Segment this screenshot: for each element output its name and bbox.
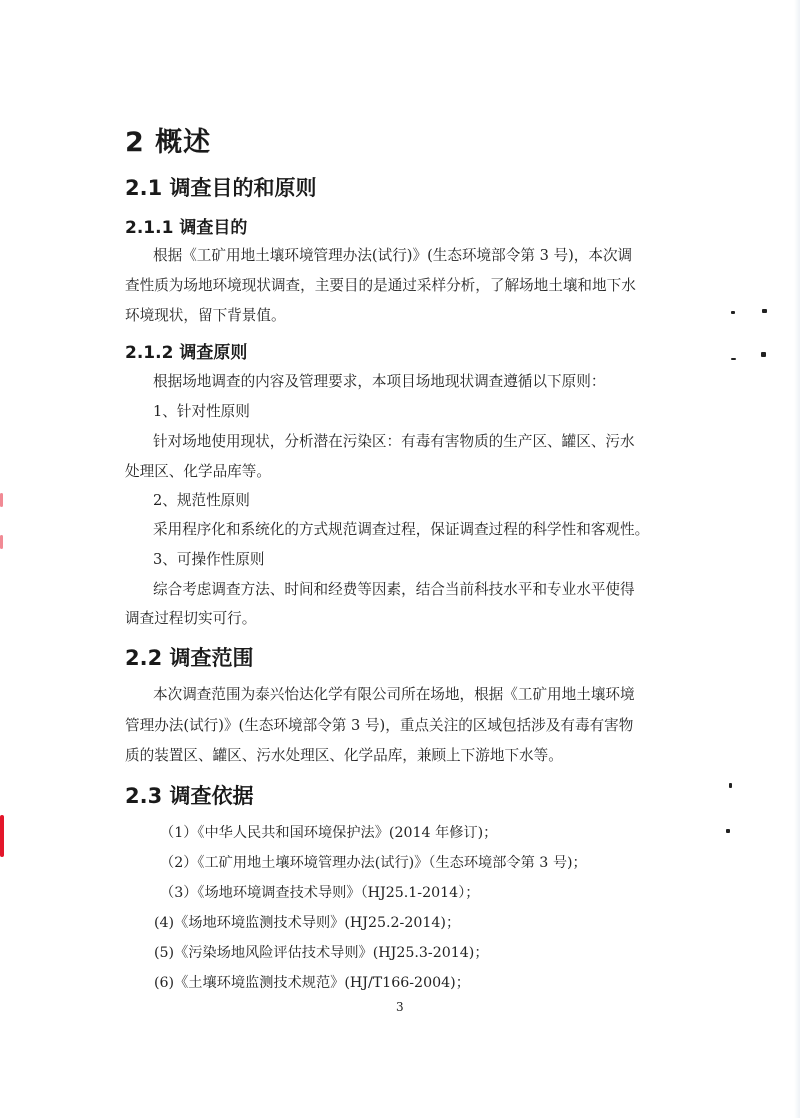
page-number: 3 [396, 1000, 404, 1014]
section-2-1-title: 2.1 调查目的和原则 [125, 172, 317, 202]
document-page: 2 概述 2.1 调查目的和原则 2.1.1 调查目的 根据《工矿用地土壤环境管… [0, 0, 800, 1118]
reference-item: (5)《污染场地风险评估技术导则》(HJ25.3-2014)； [154, 942, 489, 962]
chapter-title: 2 概述 [125, 120, 211, 159]
paragraph-line: 根据场地调查的内容及管理要求，本项目场地现状调查遵循以下原则： [153, 367, 605, 397]
section-2-1-1-title: 2.1.1 调查目的 [125, 213, 247, 238]
scan-speck [761, 352, 766, 357]
paragraph-line: 质的装置区、罐区、污水处理区、化学品库，兼顾上下游地下水等。 [125, 741, 563, 771]
reference-item: （3）《场地环境调查技术导则》（HJ25.1-2014）； [160, 882, 479, 902]
scan-speck [731, 311, 735, 314]
principle-heading: 1、针对性原则 [153, 397, 250, 427]
paragraph-line: 调查过程切实可行。 [125, 604, 256, 634]
scan-speck [762, 309, 767, 313]
principle-heading: 2、规范性原则 [153, 486, 250, 516]
paragraph-line: 根据《工矿用地土壤环境管理办法(试行)》(生态环境部令第 3 号)，本次调 [153, 241, 632, 271]
section-2-3-title: 2.3 调查依据 [125, 780, 254, 810]
binding-mark [0, 493, 3, 507]
binding-mark [0, 815, 4, 857]
paragraph-line: 查性质为场地环境现状调查，主要目的是通过采样分析，了解场地土壤和地下水 [125, 271, 636, 301]
section-2-1-2-title: 2.1.2 调查原则 [125, 338, 247, 363]
page-edge-shadow [794, 0, 800, 1118]
scan-speck [729, 783, 732, 788]
paragraph-line: 环境现状，留下背景值。 [125, 301, 286, 331]
paragraph-line: 综合考虑调查方法、时间和经费等因素，结合当前科技水平和专业水平使得 [153, 575, 635, 605]
paragraph-line: 管理办法(试行)》(生态环境部令第 3 号)，重点关注的区域包括涉及有毒有害物 [125, 711, 633, 741]
reference-item: （2）《工矿用地土壤环境管理办法(试行)》（生态环境部令第 3 号)； [160, 852, 587, 872]
scan-speck [726, 829, 730, 833]
reference-item: (6)《土壤环境监测技术规范》(HJ/T166-2004)； [154, 972, 470, 992]
principle-heading: 3、可操作性原则 [153, 545, 264, 575]
reference-item: （1）《中华人民共和国环境保护法》(2014 年修订)； [160, 822, 497, 842]
binding-mark [0, 535, 3, 549]
reference-item: (4)《场地环境监测技术导则》(HJ25.2-2014)； [154, 912, 460, 932]
paragraph-line: 采用程序化和系统化的方式规范调查过程，保证调查过程的科学性和客观性。 [153, 515, 649, 545]
paragraph-line: 针对场地使用现状，分析潜在污染区：有毒有害物质的生产区、罐区、污水 [153, 427, 635, 457]
section-2-2-title: 2.2 调查范围 [125, 642, 254, 672]
scan-speck [731, 358, 736, 360]
paragraph-line: 处理区、化学品库等。 [125, 457, 271, 487]
paragraph-line: 本次调查范围为泰兴怡达化学有限公司所在场地，根据《工矿用地土壤环境 [153, 680, 635, 710]
